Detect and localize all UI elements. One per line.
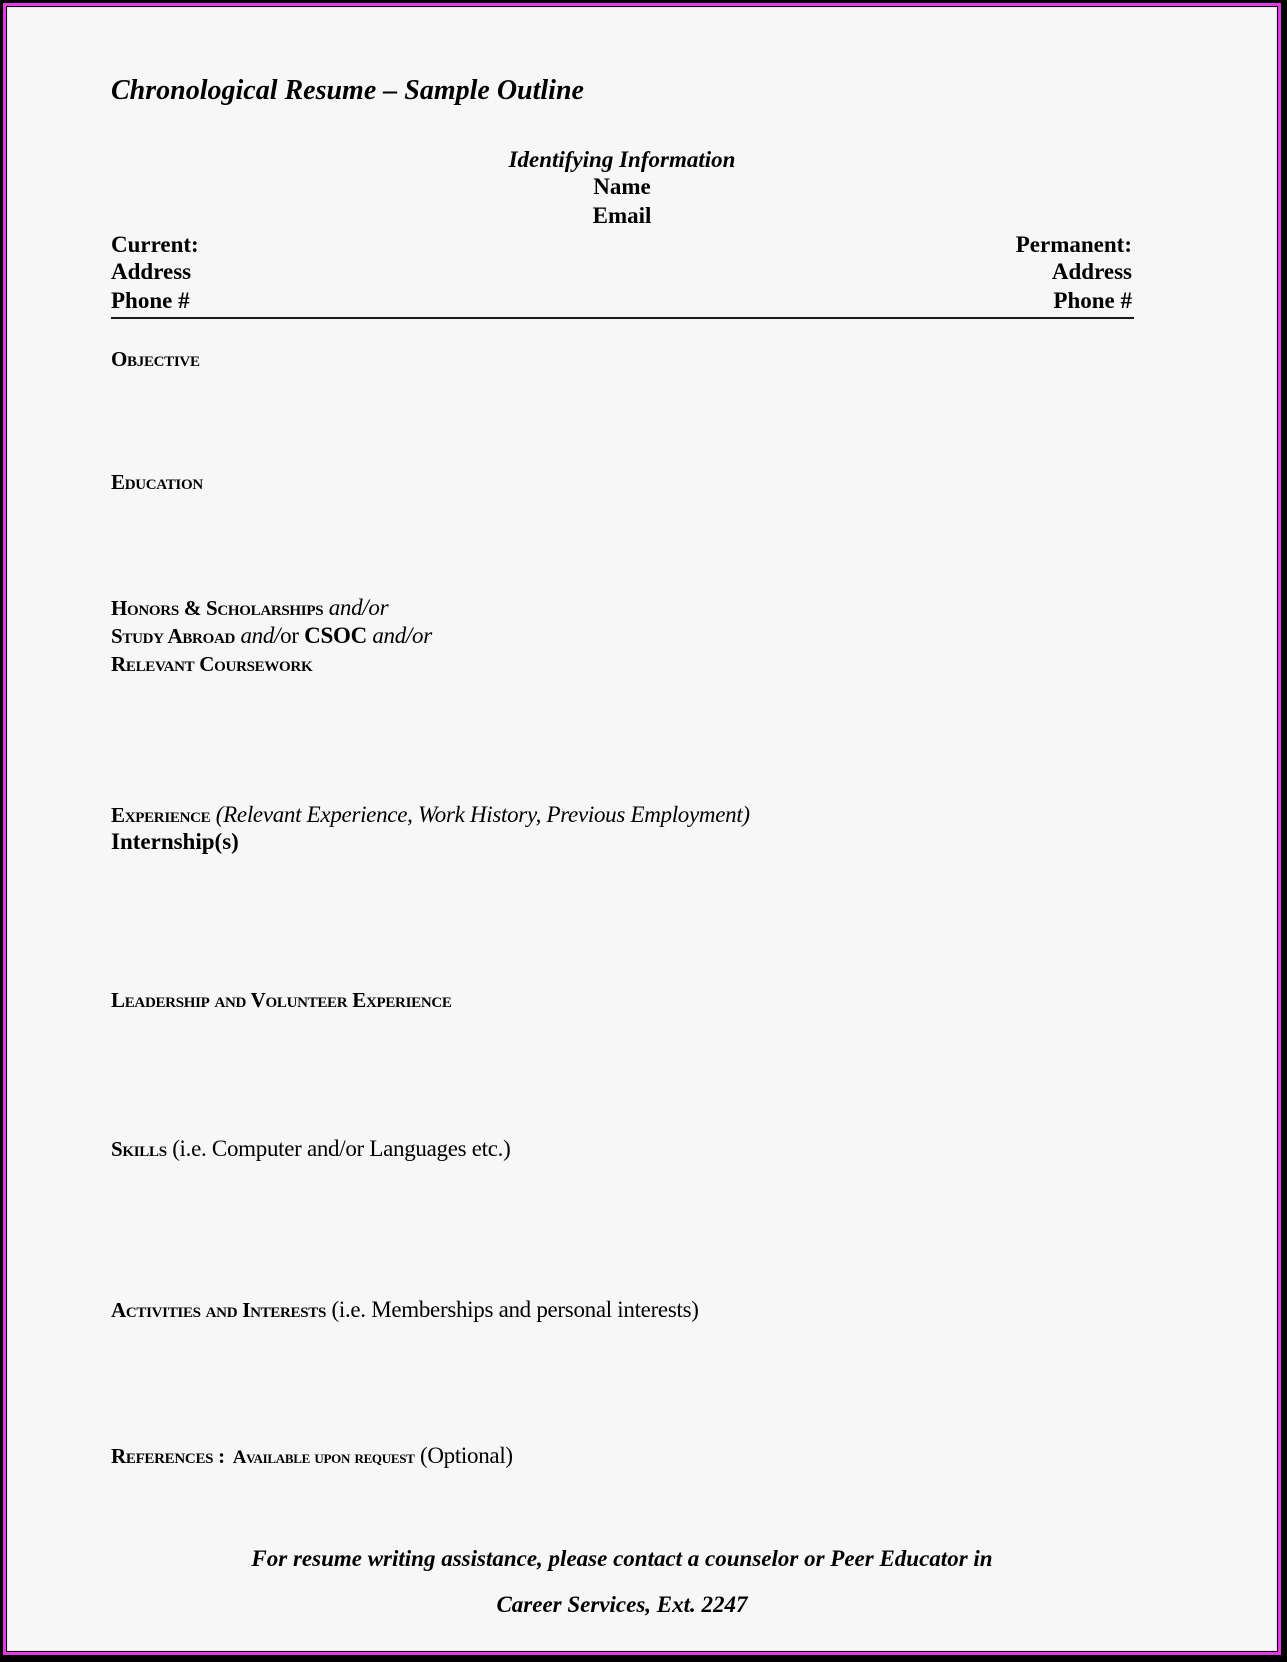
section-honors-line2: Study Abroad and/or CSOC and/or: [111, 624, 432, 647]
section-objective: Objective: [111, 349, 200, 370]
section-references: References : Available upon request (Opt…: [111, 1444, 513, 1467]
experience-internships: Internship(s): [111, 830, 239, 853]
identifying-email: Email: [111, 204, 1133, 227]
section-honors-line3: Relevant Coursework: [111, 654, 312, 675]
current-phone: Phone #: [111, 289, 190, 312]
header-divider: [111, 317, 1134, 319]
footer-line1: For resume writing assistance, please co…: [111, 1547, 1133, 1570]
resume-page: Chronological Resume – Sample Outline Id…: [7, 7, 1277, 1651]
section-education: Education: [111, 472, 203, 493]
footer-line2: Career Services, Ext. 2247: [111, 1593, 1133, 1616]
section-skills: Skills (i.e. Computer and/or Languages e…: [111, 1137, 510, 1160]
identifying-name: Name: [111, 175, 1133, 198]
permanent-address: Address: [1052, 260, 1132, 283]
current-label: Current:: [111, 233, 199, 256]
section-honors-line1: Honors & Scholarships and/or: [111, 596, 388, 619]
section-leadership: Leadership and Volunteer Experience: [111, 990, 452, 1011]
identifying-heading: Identifying Information: [111, 148, 1133, 171]
current-address: Address: [111, 260, 191, 283]
permanent-phone: Phone #: [1053, 289, 1132, 312]
section-experience: Experience (Relevant Experience, Work Hi…: [111, 803, 750, 826]
permanent-label: Permanent:: [1016, 233, 1132, 256]
document-title: Chronological Resume – Sample Outline: [111, 77, 584, 105]
section-activities: Activities and Interests (i.e. Membershi…: [111, 1298, 699, 1321]
